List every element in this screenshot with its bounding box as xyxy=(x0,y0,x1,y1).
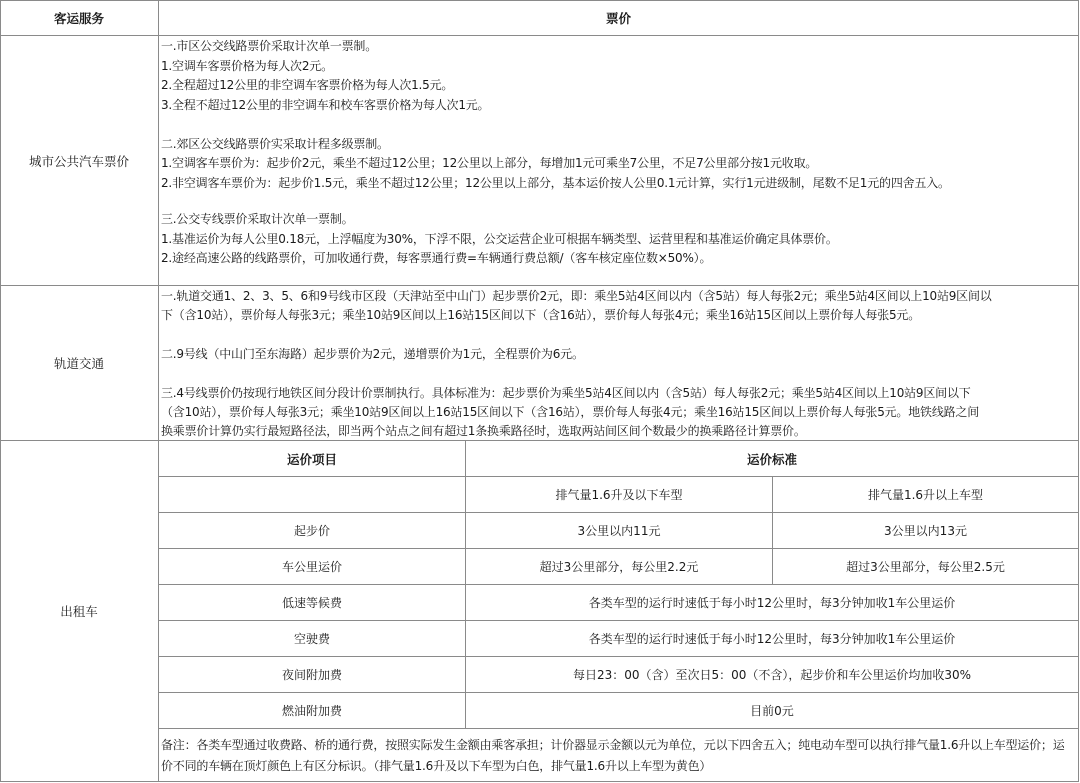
taxi-waiting-value: 各类车型的运行时速低于每小时12公里时，每3分钟加收1车公里运价 xyxy=(466,585,1078,620)
text-line: 1.空调客车票价为：起步价2元，乘坐不超过12公里；12公里以上部分，每增加1元… xyxy=(161,154,817,174)
header-fare: 票价 xyxy=(158,0,1079,36)
text-line: 二.9号线（中山门至东海路）起步票价为2元，递增票价为1元，全程票价为6元。 xyxy=(161,345,584,365)
text-line: 换乘票价计算仍实行最短路径法，即当两个站点之间有超过1条换乘路径时，选取两站间区… xyxy=(161,422,806,442)
text-line: 一.市区公交线路票价采取计次单一票制。 xyxy=(161,37,377,57)
taxi-fuel-value: 目前0元 xyxy=(466,693,1078,728)
text-line: 2.非空调客车票价为：起步价1.5元，乘坐不超过12公里；12公里以上部分，基本… xyxy=(161,174,950,194)
taxi-per-km-large: 超过3公里部分，每公里2.5元 xyxy=(773,549,1078,584)
taxi-header-item: 运价项目 xyxy=(159,441,465,476)
text-line: 1.基准运价为每人公里0.18元，上浮幅度为30%，下浮不限，公交运营企业可根据… xyxy=(161,230,838,250)
taxi-item-empty-run: 空驶费 xyxy=(159,621,465,656)
border-right xyxy=(1078,0,1079,782)
category-bus: 城市公共汽车票价 xyxy=(0,36,158,286)
taxi-subheader-small: 排气量1.6升及以下车型 xyxy=(466,477,772,512)
taxi-night-value: 每日23：00（含）至次日5：00（不含），起步价和车公里运价均加收30% xyxy=(466,657,1078,692)
taxi-item-per-km: 车公里运价 xyxy=(159,549,465,584)
taxi-base-fare-large: 3公里以内13元 xyxy=(773,513,1078,548)
taxi-note: 备注：各类车型通过收费路、桥的通行费，按照实际发生金额由乘客承担；计价器显示金额… xyxy=(161,735,1076,777)
taxi-item-fuel: 燃油附加费 xyxy=(159,693,465,728)
taxi-per-km-small: 超过3公里部分，每公里2.2元 xyxy=(466,549,772,584)
taxi-header-standard: 运价标准 xyxy=(466,441,1078,476)
text-line: 3.全程不超过12公里的非空调车和校车客票价格为每人次1元。 xyxy=(161,96,489,116)
text-line: 2.全程超过12公里的非空调车客票价格为每人次1.5元。 xyxy=(161,76,453,96)
taxi-base-fare-small: 3公里以内11元 xyxy=(466,513,772,548)
text-line: 二.郊区公交线路票价实采取计程多级票制。 xyxy=(161,135,389,155)
text-line: 三.公交专线票价采取计次单一票制。 xyxy=(161,210,353,230)
text-line: 1.空调车客票价格为每人次2元。 xyxy=(161,57,333,77)
taxi-item-night: 夜间附加费 xyxy=(159,657,465,692)
text-line: 2.途经高速公路的线路票价，可加收通行费，每客票通行费=车辆通行费总额/（客车核… xyxy=(161,249,711,269)
row-divider-1 xyxy=(0,285,1079,286)
header-service: 客运服务 xyxy=(0,0,158,36)
text-line: 一.轨道交通1、2、3、5、6和9号线市区段（天津站至中山门）起步票价2元，即：… xyxy=(161,287,992,307)
category-rail: 轨道交通 xyxy=(0,286,158,440)
taxi-subheader-large: 排气量1.6升以上车型 xyxy=(773,477,1078,512)
taxi-empty-run-value: 各类车型的运行时速低于每小时12公里时，每3分钟加收1车公里运价 xyxy=(466,621,1078,656)
category-taxi: 出租车 xyxy=(0,441,158,781)
text-line: （含10站），票价每人每张3元；乘坐10站9区间以上16站15区间以下（含16站… xyxy=(161,403,979,423)
taxi-item-base-fare: 起步价 xyxy=(159,513,465,548)
border-bottom xyxy=(0,781,1079,782)
text-line: 三.4号线票价仍按现行地铁区间分段计价票制执行。具体标准为：起步票价为乘坐5站4… xyxy=(161,384,971,404)
text-line: 下（含10站），票价每人每张3元；乘坐10站9区间以上16站15区间以下（含16… xyxy=(161,306,920,326)
taxi-item-waiting: 低速等候费 xyxy=(159,585,465,620)
taxi-line xyxy=(158,728,1079,729)
fare-table: 客运服务 票价 城市公共汽车票价 一.市区公交线路票价采取计次单一票制。 1.空… xyxy=(0,0,1080,783)
